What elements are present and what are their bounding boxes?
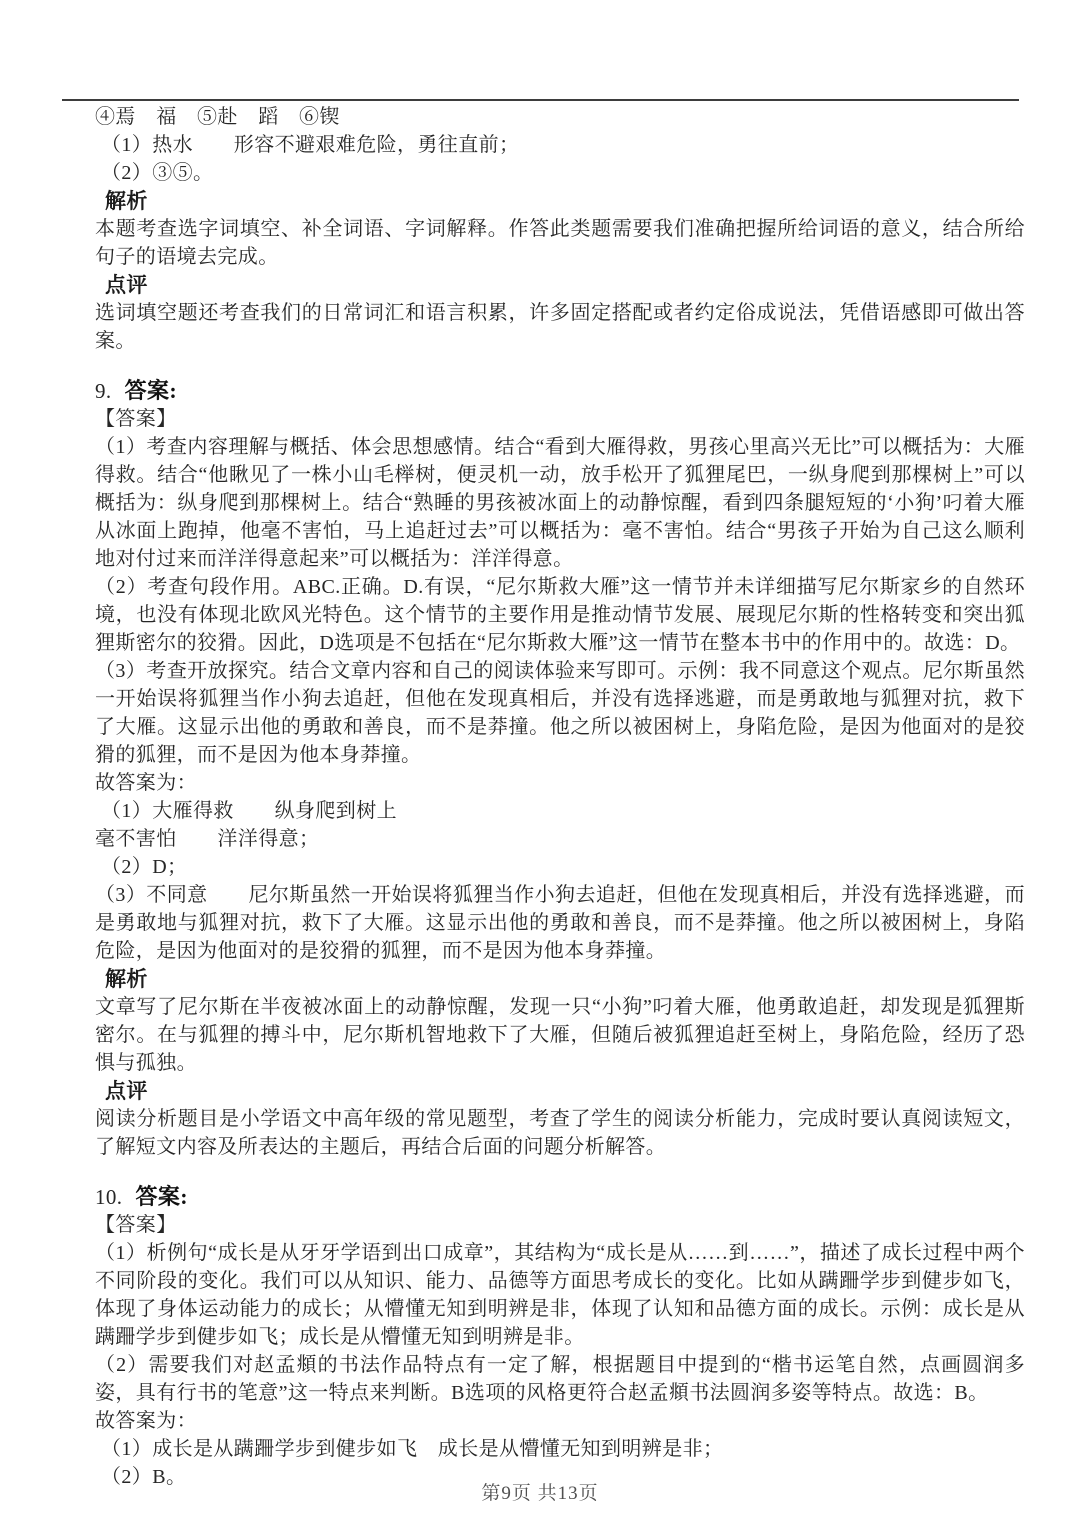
answer-line: （1）热水 形容不避艰难危险，勇往直前；: [95, 131, 1025, 159]
document-content: ④焉 福 ⑤赴 蹈 ⑥锲 （1）热水 形容不避艰难危险，勇往直前； （2）③⑤。…: [95, 103, 1025, 1491]
final-answer-line: （1）成长是从蹒跚学步到健步如飞 成长是从懵懂无知到明辨是非；: [95, 1435, 1025, 1463]
page-footer: 第9页 共13页: [0, 1478, 1080, 1505]
answer-line: （2）③⑤。: [95, 159, 1025, 187]
answer-explanation-paragraph: （2）需要我们对赵孟頫的书法作品特点有一定了解，根据题目中提到的“楷书运笔自然，…: [95, 1351, 1025, 1407]
answer-explanation-paragraph: （1）析例句“成长是从牙牙学语到出口成章”，其结构为“成长是从……到……”，描述…: [95, 1239, 1025, 1351]
document-page: ④焉 福 ⑤赴 蹈 ⑥锲 （1）热水 形容不避艰难危险，勇往直前； （2）③⑤。…: [0, 0, 1080, 1525]
section-heading-9: 9.答案:: [95, 377, 1025, 405]
final-answer-line: （1）大雁得救 纵身爬到树上: [95, 797, 1025, 825]
section-label: 答案:: [135, 1184, 188, 1209]
answer-bracket-label: 【答案】: [95, 405, 1025, 433]
section-label: 答案:: [125, 378, 178, 403]
answer-explanation-paragraph: （3）考查开放探究。结合文章内容和自己的阅读体验来写即可。示例：我不同意这个观点…: [95, 657, 1025, 769]
final-answer-line: 毫不害怕 洋洋得意；: [95, 825, 1025, 853]
analysis-paragraph: 文章写了尼尔斯在半夜被冰面上的动静惊醒，发现一只“小狗”叼着大雁，他勇敢追赶，却…: [95, 993, 1025, 1077]
final-answer-line: （2）D；: [95, 853, 1025, 881]
fill-in-characters-line: ④焉 福 ⑤赴 蹈 ⑥锲: [95, 103, 1025, 131]
comment-heading: 点评: [95, 271, 1025, 299]
comment-paragraph: 阅读分析题目是小学语文中高年级的常见题型，考查了学生的阅读分析能力，完成时要认真…: [95, 1105, 1025, 1161]
answer-explanation-paragraph: （1）考查内容理解与概括、体会思想感情。结合“看到大雁得救，男孩心里高兴无比”可…: [95, 433, 1025, 573]
section-number: 9.: [95, 379, 112, 403]
comment-heading: 点评: [95, 1077, 1025, 1105]
analysis-heading: 解析: [95, 965, 1025, 993]
analysis-heading: 解析: [95, 187, 1025, 215]
answer-explanation-paragraph: （2）考查句段作用。ABC.正确。D.有误，“尼尔斯救大雁”这一情节并未详细描写…: [95, 573, 1025, 657]
analysis-paragraph: 本题考查选字词填空、补全词语、字词解释。作答此类题需要我们准确把握所给词语的意义…: [95, 215, 1025, 271]
header-rule: [62, 99, 1019, 101]
answer-bracket-label: 【答案】: [95, 1211, 1025, 1239]
final-answer-intro-line: 故答案为：: [95, 1407, 1025, 1435]
comment-paragraph: 选词填空题还考查我们的日常词汇和语言积累，许多固定搭配或者约定俗成说法，凭借语感…: [95, 299, 1025, 355]
final-answer-intro-line: 故答案为：: [95, 769, 1025, 797]
final-answer-paragraph: （3）不同意 尼尔斯虽然一开始误将狐狸当作小狗去追赶，但他在发现真相后，并没有选…: [95, 881, 1025, 965]
section-heading-10: 10.答案:: [95, 1183, 1025, 1211]
section-number: 10.: [95, 1185, 122, 1209]
